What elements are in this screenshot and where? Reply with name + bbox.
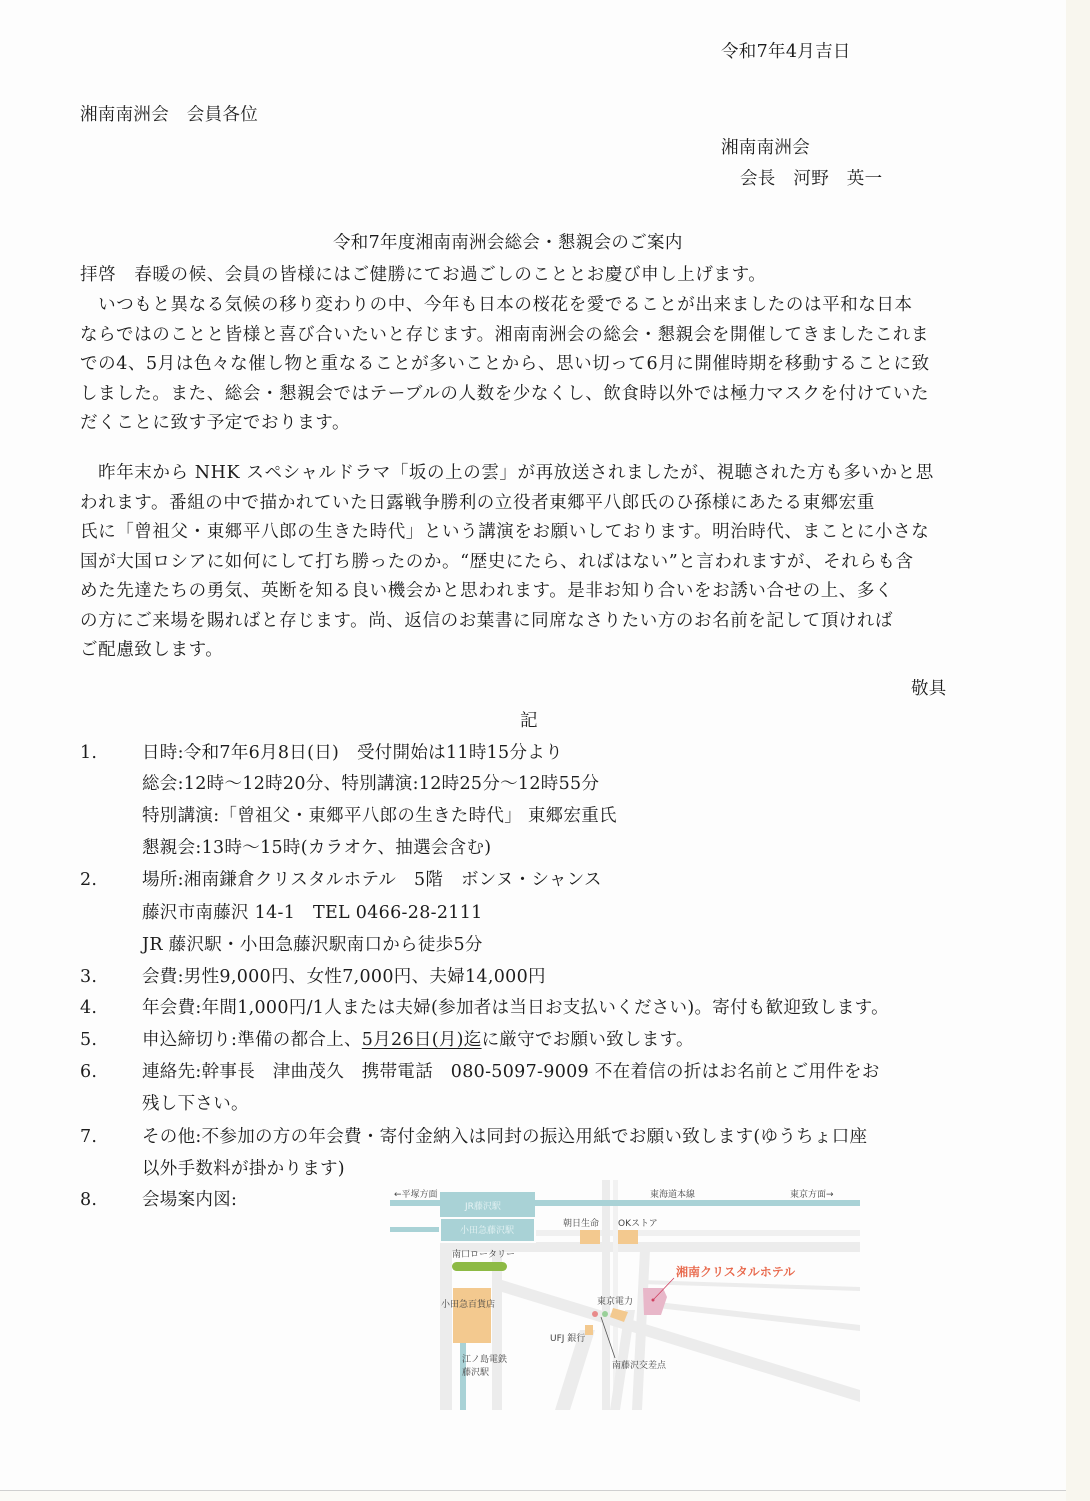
item-text: 特別講演:「曾祖父・東郷平八郎の生きた時代」 東郷宏重氏: [142, 805, 617, 827]
deadline-prefix: 申込締切り:準備の都合上、: [142, 1030, 362, 1050]
addressee: 湘南南洲会 会員各位: [80, 104, 258, 126]
item-number: 4.: [80, 997, 97, 1019]
paragraph-line: しました。また、総会・懇親会ではテーブルの人数を少なくし、飲食時以外では極力マス…: [80, 380, 985, 410]
hotel-block: [643, 1288, 667, 1315]
map-label-enoden: 江ノ島電鉄: [462, 1353, 507, 1365]
map-label-left-direction: ←平塚方面: [394, 1188, 438, 1200]
map-label-right-direction: 東京方面→: [790, 1188, 834, 1200]
document-title: 令和7年度湘南南洲会総会・懇親会のご案内: [333, 232, 683, 254]
map-label-jr-station: JR藤沢駅: [464, 1200, 501, 1212]
map-label-ufj: UFJ 銀行: [550, 1332, 585, 1344]
item-text: その他:不参加の方の年会費・寄付金納入は同封の振込用紙でお願い致します(ゆうちょ…: [142, 1126, 867, 1148]
item-text: 日時:令和7年6月8日(日) 受付開始は11時15分より: [142, 742, 563, 764]
item-text: 年会費:年間1,000円/1人または夫婦(参加者は当日お支払いください)。寄付も…: [142, 997, 889, 1019]
paragraph-line: での4、5月は色々な催し物と重なることが多いことから、思い切って6月に開催時期を…: [80, 350, 985, 380]
body-paragraph-2: 昨年末から NHK スペシャルドラマ「坂の上の雲」が再放送されましたが、視聴され…: [80, 459, 985, 666]
letter-page: 令和7年4月吉日 湘南南洲会 会員各位 湘南南洲会 会長 河野 英一 令和7年度…: [0, 0, 1066, 1491]
item-text: 申込締切り:準備の都合上、5月26日(月)迄に厳守でお願い致します。: [142, 1029, 694, 1051]
map-label-asahi: 朝日生命: [563, 1217, 599, 1229]
map-label-enoden-station: 藤沢駅: [462, 1366, 489, 1378]
paragraph-line: 氏に「曾祖父・東郷平八郎の生きた時代」という講演をお願いしております。明治時代、…: [80, 518, 985, 548]
dept-store-building: [453, 1288, 491, 1343]
paragraph-line: ご配慮致します。: [80, 636, 985, 666]
rotary-shape: [452, 1262, 507, 1271]
map-label-tepco: 東京電力: [597, 1295, 633, 1307]
sender-organization: 湘南南洲会: [721, 137, 810, 159]
deadline-suffix: に厳守でお願い致します。: [482, 1030, 694, 1050]
map-label-hotel: 湘南クリスタルホテル: [676, 1264, 796, 1279]
letter-date: 令和7年4月吉日: [721, 41, 851, 63]
body-paragraph-1: いつもと異なる気候の移り変わりの中、今年も日本の桜花を愛でることが出来ましたのは…: [80, 291, 985, 439]
paragraph-line: いつもと異なる気候の移り変わりの中、今年も日本の桜花を愛でることが出来ましたのは…: [80, 291, 985, 321]
item-text: JR 藤沢駅・小田急藤沢駅南口から徒歩5分: [142, 934, 483, 956]
item-text: 総会:12時～12時20分、特別講演:12時25分～12時55分: [142, 773, 599, 795]
map-label-odakyu-station: 小田急藤沢駅: [460, 1224, 514, 1236]
item-text: 場所:湘南鎌倉クリスタルホテル 5階 ボンヌ・シャンス: [142, 869, 602, 891]
scan-edge: [1066, 0, 1090, 1501]
ok-store-building: [618, 1230, 638, 1244]
paragraph-line: だくことに致す予定でおります。: [80, 409, 985, 439]
item-number: 1.: [80, 742, 97, 764]
item-text: 会場案内図:: [142, 1189, 237, 1211]
map-label-ok-store: OKストア: [618, 1218, 658, 1229]
odakyu-rail-line: [390, 1227, 440, 1232]
traffic-signal-icon: [592, 1311, 598, 1317]
map-label-rotary: 南口ロータリー: [452, 1248, 515, 1260]
item-number: 5.: [80, 1029, 97, 1051]
map-label-dept-store: 小田急百貨店: [441, 1298, 495, 1310]
item-number: 7.: [80, 1126, 97, 1148]
item-text: 懇親会:13時～15時(カラオケ、抽選会含む): [142, 837, 491, 859]
asahi-building: [580, 1230, 600, 1244]
item-text: 藤沢市南藤沢 14-1 TEL 0466-28-2111: [142, 902, 483, 924]
map-label-rail-line: 東海道本線: [650, 1188, 695, 1200]
venue-map: ←平塚方面 東海道本線 東京方面→ JR藤沢駅 小田急藤沢駅 南口ロータリー 朝…: [380, 1180, 870, 1410]
paragraph-line: ならではのことと皆様と喜び合いたいと存じます。湘南南洲会の総会・懇親会を開催して…: [80, 321, 985, 351]
notes-heading: 記: [520, 710, 538, 732]
deadline-date: 5月26日(月)迄: [362, 1030, 482, 1050]
item-number: 2.: [80, 869, 97, 891]
paragraph-line: 拝啓 春暖の候、会員の皆様にはご健勝にてお過ごしのこととお慶び申し上げます。: [80, 261, 985, 291]
sender-name: 会長 河野 英一: [740, 168, 882, 190]
item-number: 6.: [80, 1061, 97, 1083]
paragraph-line: 昨年末から NHK スペシャルドラマ「坂の上の雲」が再放送されましたが、視聴され…: [80, 459, 985, 489]
ufj-building: [585, 1325, 593, 1335]
item-text: 以外手数料が掛かります): [142, 1158, 345, 1180]
item-number: 8.: [80, 1189, 97, 1211]
traffic-signal-icon: [602, 1311, 608, 1317]
item-text: 会費:男性9,000円、女性7,000円、夫婦14,000円: [142, 966, 546, 988]
paragraph-line: われます。番組の中で描かれていた日露戦争勝利の立役者東郷平八郎氏のひ孫様にあたる…: [80, 489, 985, 519]
closing-word: 敬具: [911, 678, 947, 700]
paragraph-line: の方にご来場を賜ればと存じます。尚、返信のお葉書に同席なさりたい方のお名前を記し…: [80, 607, 985, 637]
map-label-crossing: 南藤沢交差点: [612, 1359, 667, 1371]
paragraph-line: 国が大国ロシアに如何にして打ち勝ったのか。“歴史にたら、ればはない”と言われます…: [80, 548, 985, 578]
item-text: 連絡先:幹事長 津曲茂久 携帯電話 080-5097-9009 不在着信の折はお…: [142, 1061, 880, 1083]
paragraph-line: めた先達たちの勇気、英断を知る良い機会かと思われます。是非お知り合いをお誘い合せ…: [80, 577, 985, 607]
item-text: 残し下さい。: [142, 1093, 249, 1115]
greeting-paragraph: 拝啓 春暖の候、会員の皆様にはご健勝にてお過ごしのこととお慶び申し上げます。: [80, 261, 985, 291]
item-number: 3.: [80, 966, 97, 988]
